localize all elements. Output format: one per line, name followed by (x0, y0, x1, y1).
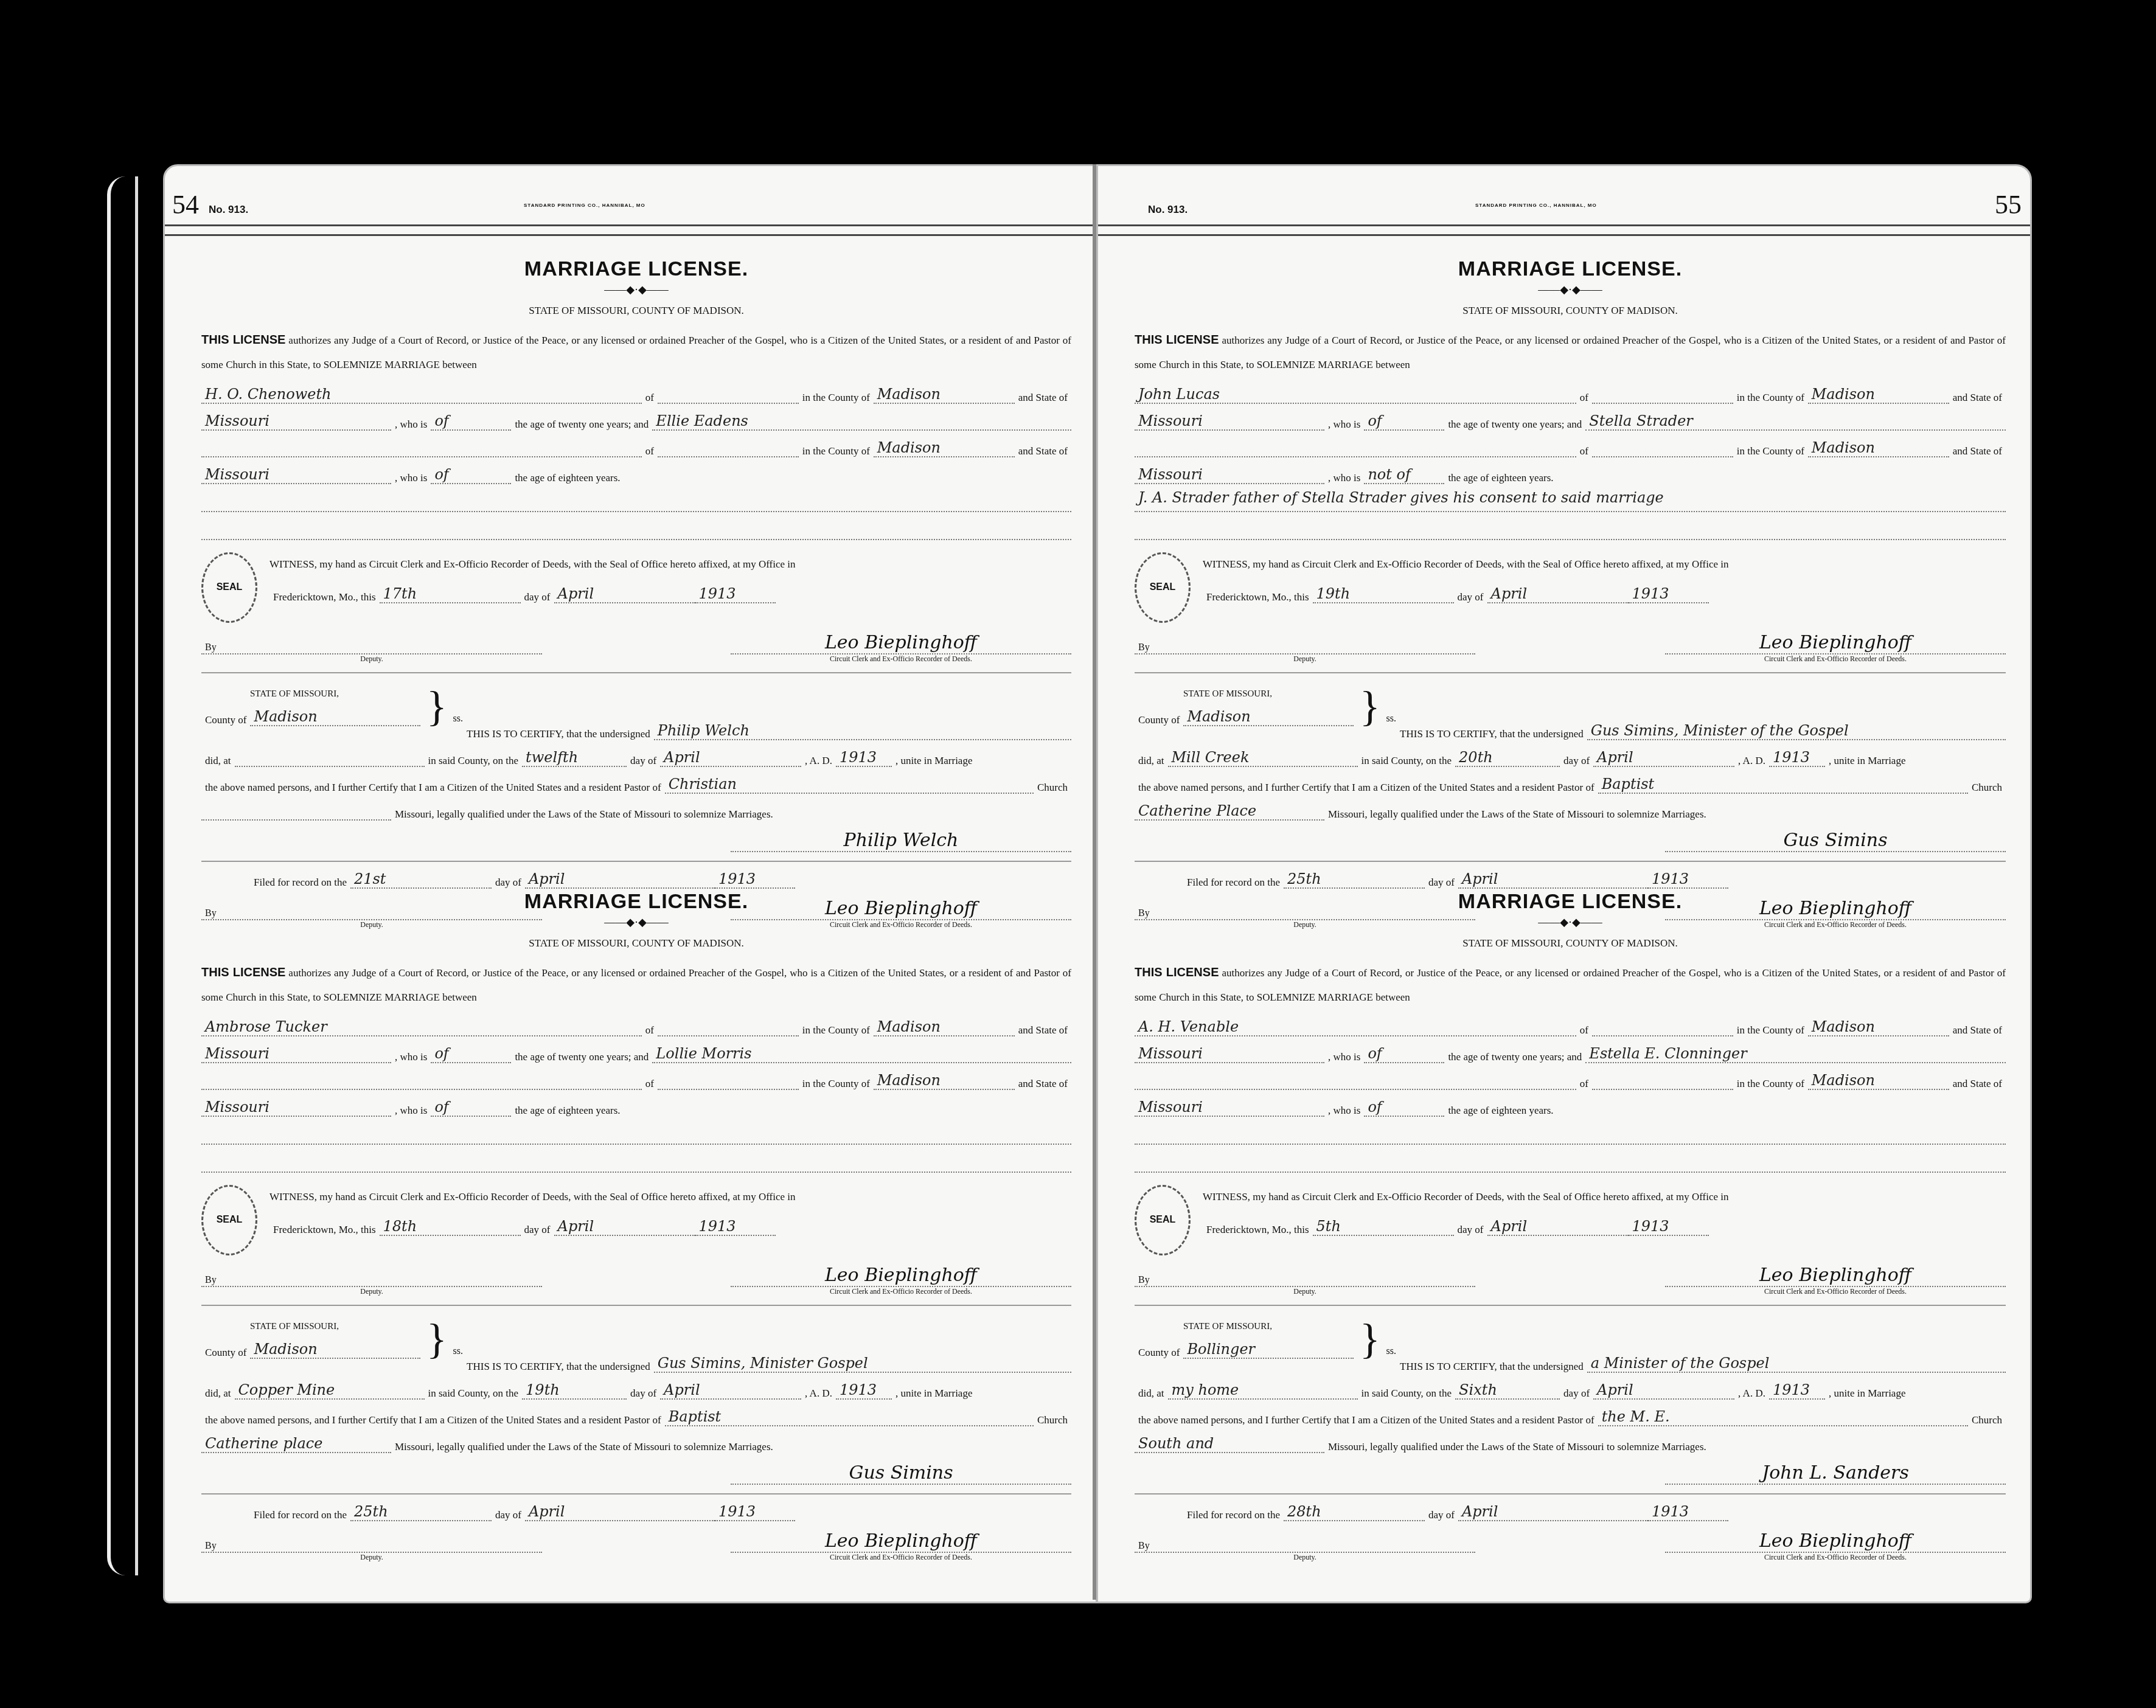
groom-state: Missouri (1135, 1045, 1324, 1063)
groom-county: Madison (1808, 386, 1949, 404)
groom-name: Ambrose Tucker (201, 1018, 642, 1036)
groom-county: Madison (874, 386, 1015, 404)
issued-day: 19th (1313, 585, 1454, 603)
filed-month: April (525, 870, 715, 889)
license-preamble: THIS LICENSE authorizes any Judge of a C… (1135, 328, 2006, 377)
groom-county: Madison (1808, 1018, 1949, 1036)
marriage-date-row: did, at my home in said County, on the S… (1135, 1373, 2006, 1400)
issue-signature-row: ByDeputy. Leo BieplinghoffCircuit Clerk … (1135, 627, 2006, 664)
title-ornament: ——◆·◆—— (201, 916, 1071, 929)
bride-county: Madison (874, 1072, 1015, 1090)
groom-county: Madison (874, 1018, 1015, 1036)
page-edges (107, 176, 138, 1575)
bride-row: of in the County of Madison and State of (1135, 1063, 2006, 1090)
groom-row: H. O. Chenoweth of in the County of Madi… (201, 377, 1071, 404)
certificate-block: STATE OF MISSOURI, County ofBollinger }s… (1135, 1322, 2006, 1373)
witness-text: WITNESS, my hand as Circuit Clerk and Ex… (1203, 1185, 2006, 1209)
bride-name: Estella E. Clonninger (1585, 1045, 2006, 1063)
certificate-block: STATE OF MISSOURI, County ofMadison }ss.… (201, 1322, 1071, 1373)
marriage-day: Sixth (1455, 1381, 1560, 1400)
filed-row: Filed for record on the 21st day of Apri… (201, 862, 1071, 889)
qualified-row: South and Missouri, legally qualified un… (1135, 1426, 2006, 1453)
blank-line (201, 517, 1071, 540)
bride-county: Madison (874, 439, 1015, 457)
groom-state: Missouri (1135, 412, 1324, 431)
marriage-license: MARRIAGE LICENSE. ——◆·◆—— STATE OF MISSO… (1135, 257, 2006, 929)
groom-age-row: Missouri , who is of the age of twenty o… (1135, 404, 2006, 431)
church-location (201, 819, 391, 821)
groom-age: of (1364, 1045, 1444, 1063)
page-right: 55 No. 913. STANDARD PRINTING CO., HANNI… (1096, 164, 2032, 1603)
qualified-row: Catherine Place Missouri, legally qualif… (1135, 794, 2006, 821)
bride-state: Missouri (1135, 1099, 1324, 1117)
consent-note (1135, 1122, 2006, 1145)
clerk-signature: Leo Bieplinghoff (731, 627, 1071, 654)
bride-state: Missouri (1135, 466, 1324, 484)
header-rule (1098, 234, 2030, 236)
officiant-name: Gus Simins, Minister of the Gospel (1587, 722, 2006, 740)
groom-name: John Lucas (1135, 386, 1576, 404)
license-title: MARRIAGE LICENSE. (201, 257, 1071, 281)
officiant-name: Philip Welch (654, 722, 1071, 740)
marriage-place (235, 766, 425, 767)
jurisdiction: STATE OF MISSOURI, COUNTY OF MADISON. (1135, 937, 2006, 949)
marriage-month: April (660, 1381, 801, 1400)
title-ornament: ——◆·◆—— (1135, 283, 2006, 296)
issued-month: April (1487, 585, 1629, 603)
groom-age: of (431, 412, 511, 431)
filed-day: 25th (1284, 870, 1425, 889)
bride-county: Madison (1808, 1072, 1949, 1090)
marriage-month: April (1593, 749, 1734, 767)
header-rule (1098, 224, 2030, 226)
bride-name: Stella Strader (1585, 412, 2006, 431)
cert-county: Madison (1183, 708, 1354, 726)
cert-county: Bollinger (1183, 1341, 1354, 1359)
cert-county: Madison (250, 1341, 420, 1359)
bride-name: Lollie Morris (652, 1045, 1071, 1063)
license-preamble: THIS LICENSE authorizes any Judge of a C… (201, 328, 1071, 377)
church-location: Catherine Place (1135, 802, 1324, 821)
pastor-row: the above named persons, and I further C… (201, 767, 1071, 794)
bride-age-row: Missouri , who is of the age of eighteen… (201, 457, 1071, 484)
bride-age: of (431, 466, 511, 484)
witness-text: WITNESS, my hand as Circuit Clerk and Ex… (1203, 552, 2006, 577)
blank-line (1135, 1150, 2006, 1173)
groom-row: John Lucas of in the County of Madison a… (1135, 377, 2006, 404)
ledger-spread: 54 No. 913. STANDARD PRINTING CO., HANNI… (116, 164, 2038, 1612)
bride-row: of in the County of Madison and State of (201, 1063, 1071, 1090)
issued-day: 17th (380, 585, 521, 603)
officiant-name: Gus Simins, Minister Gospel (654, 1355, 1071, 1373)
filed-row: Filed for record on the 28th day of Apri… (1135, 1494, 2006, 1521)
church-location: Catherine place (201, 1435, 391, 1453)
marriage-license: MARRIAGE LICENSE. ——◆·◆—— STATE OF MISSO… (201, 890, 1071, 1562)
marriage-year: 1913 (836, 1381, 892, 1400)
pastor-of: Baptist (665, 1408, 1034, 1426)
marriage-place: Mill Creek (1168, 749, 1358, 767)
issued-year: 1913 (1629, 1218, 1709, 1236)
filed-day: 21st (350, 870, 492, 889)
pastor-of: Baptist (1598, 776, 1968, 794)
recorder-signature: Leo Bieplinghoff (1665, 1525, 2006, 1553)
issued-year: 1913 (695, 585, 776, 603)
title-ornament: ——◆·◆—— (201, 283, 1071, 296)
issued-day: 5th (1313, 1218, 1454, 1236)
groom-row: A. H. Venable of in the County of Madiso… (1135, 1010, 2006, 1036)
issue-signature-row: ByDeputy. Leo BieplinghoffCircuit Clerk … (201, 627, 1071, 664)
pastor-row: the above named persons, and I further C… (201, 1400, 1071, 1426)
pastor-row: the above named persons, and I further C… (1135, 767, 2006, 794)
groom-name: A. H. Venable (1135, 1018, 1576, 1036)
marriage-date-row: did, at in said County, on the twelfth d… (201, 740, 1071, 767)
bride-age: of (431, 1099, 511, 1117)
issued-month: April (1487, 1218, 1629, 1236)
marriage-license: MARRIAGE LICENSE. ——◆·◆—— STATE OF MISSO… (201, 257, 1071, 929)
bride-county: Madison (1808, 439, 1949, 457)
qualified-row: Catherine place Missouri, legally qualif… (201, 1426, 1071, 1453)
title-ornament: ——◆·◆—— (1135, 916, 2006, 929)
groom-state: Missouri (201, 412, 391, 431)
groom-row: Ambrose Tucker of in the County of Madis… (201, 1010, 1071, 1036)
bride-age-row: Missouri , who is not of the age of eigh… (1135, 457, 2006, 484)
jurisdiction: STATE OF MISSOURI, COUNTY OF MADISON. (1135, 305, 2006, 317)
officiant-signature: Gus Simins (731, 1457, 1071, 1485)
issued-day: 18th (380, 1218, 521, 1236)
seal-icon: SEAL (201, 552, 257, 623)
header-rule (165, 224, 1096, 226)
filed-month: April (1458, 870, 1648, 889)
marriage-place: Copper Mine (235, 1381, 425, 1400)
groom-age: of (431, 1045, 511, 1063)
filed-row: Filed for record on the 25th day of Apri… (1135, 862, 2006, 889)
officiant-signature: Philip Welch (731, 824, 1071, 852)
certificate-block: STATE OF MISSOURI, County ofMadison }ss.… (1135, 689, 2006, 740)
issued-year: 1913 (695, 1218, 776, 1236)
issued-year: 1913 (1629, 585, 1709, 603)
clerk-signature: Leo Bieplinghoff (1665, 1259, 2006, 1287)
page-left: 54 No. 913. STANDARD PRINTING CO., HANNI… (163, 164, 1097, 1603)
marriage-place: my home (1168, 1381, 1358, 1400)
printer-imprint: STANDARD PRINTING CO., HANNIBAL, MO (1475, 203, 1597, 208)
page-number: 55 (1995, 189, 2022, 220)
marriage-date-row: did, at Copper Mine in said County, on t… (201, 1373, 1071, 1400)
witness-block: SEAL WITNESS, my hand as Circuit Clerk a… (201, 552, 1071, 623)
filed-signature-row: ByDeputy. Leo BieplinghoffCircuit Clerk … (1135, 1525, 2006, 1562)
filed-month: April (525, 1503, 715, 1521)
pastor-row: the above named persons, and I further C… (1135, 1400, 2006, 1426)
recorder-signature: Leo Bieplinghoff (731, 1525, 1071, 1553)
certificate-block: STATE OF MISSOURI, County ofMadison }ss.… (201, 689, 1071, 740)
marriage-day: 20th (1455, 749, 1560, 767)
filed-year: 1913 (715, 1503, 795, 1521)
blank-line (201, 1150, 1071, 1173)
issued-month: April (554, 585, 695, 603)
bride-age-row: Missouri , who is of the age of eighteen… (201, 1090, 1071, 1117)
page-number: 54 (172, 189, 199, 220)
form-number: No. 913. (209, 204, 248, 216)
printer-imprint: STANDARD PRINTING CO., HANNIBAL, MO (524, 203, 645, 208)
filed-year: 1913 (1648, 870, 1728, 889)
filed-row: Filed for record on the 25th day of Apri… (201, 1494, 1071, 1521)
groom-age-row: Missouri , who is of the age of twenty o… (1135, 1036, 2006, 1063)
consent-note (201, 1122, 1071, 1145)
witness-text: WITNESS, my hand as Circuit Clerk and Ex… (269, 552, 1071, 577)
seal-icon: SEAL (1135, 552, 1191, 623)
bride-row: of in the County of Madison and State of (1135, 431, 2006, 457)
filed-year: 1913 (1648, 1503, 1728, 1521)
marriage-license: MARRIAGE LICENSE. ——◆·◆—— STATE OF MISSO… (1135, 890, 2006, 1562)
witness-text: WITNESS, my hand as Circuit Clerk and Ex… (269, 1185, 1071, 1209)
groom-name: H. O. Chenoweth (201, 386, 642, 404)
license-preamble: THIS LICENSE authorizes any Judge of a C… (1135, 960, 2006, 1010)
filed-month: April (1458, 1503, 1648, 1521)
bride-row: of in the County of Madison and State of (201, 431, 1071, 457)
form-number: No. 913. (1148, 204, 1188, 216)
license-title: MARRIAGE LICENSE. (201, 890, 1071, 914)
license-title: MARRIAGE LICENSE. (1135, 257, 2006, 281)
pastor-of: the M. E. (1598, 1408, 1968, 1426)
issue-signature-row: ByDeputy. Leo BieplinghoffCircuit Clerk … (201, 1259, 1071, 1296)
officiant-name: a Minister of the Gospel (1587, 1355, 2006, 1373)
seal-icon: SEAL (1135, 1185, 1191, 1255)
consent-note (201, 489, 1071, 512)
groom-state: Missouri (201, 1045, 391, 1063)
officiant-signature: John L. Sanders (1665, 1457, 2006, 1485)
clerk-signature: Leo Bieplinghoff (731, 1259, 1071, 1287)
marriage-year: 1913 (1769, 1381, 1825, 1400)
bride-name: Ellie Eadens (652, 412, 1071, 431)
header-rule (165, 234, 1096, 236)
groom-age-row: Missouri , who is of the age of twenty o… (201, 404, 1071, 431)
witness-block: SEAL WITNESS, my hand as Circuit Clerk a… (1135, 552, 2006, 623)
witness-block: SEAL WITNESS, my hand as Circuit Clerk a… (201, 1185, 1071, 1255)
bride-age: of (1364, 1099, 1444, 1117)
issued-month: April (554, 1218, 695, 1236)
groom-age-row: Missouri , who is of the age of twenty o… (201, 1036, 1071, 1063)
witness-block: SEAL WITNESS, my hand as Circuit Clerk a… (1135, 1185, 2006, 1255)
marriage-month: April (660, 749, 801, 767)
marriage-year: 1913 (1769, 749, 1825, 767)
clerk-signature: Leo Bieplinghoff (1665, 627, 2006, 654)
filed-day: 28th (1284, 1503, 1425, 1521)
filed-day: 25th (350, 1503, 492, 1521)
pastor-of: Christian (665, 776, 1034, 794)
marriage-month: April (1593, 1381, 1734, 1400)
consent-note: J. A. Strader father of Stella Strader g… (1135, 489, 2006, 512)
filed-signature-row: ByDeputy. Leo BieplinghoffCircuit Clerk … (201, 1525, 1071, 1562)
church-location: South and (1135, 1435, 1324, 1453)
cert-county: Madison (250, 708, 420, 726)
bride-state: Missouri (201, 1099, 391, 1117)
marriage-day: twelfth (522, 749, 627, 767)
jurisdiction: STATE OF MISSOURI, COUNTY OF MADISON. (201, 305, 1071, 317)
license-title: MARRIAGE LICENSE. (1135, 890, 2006, 914)
blank-line (1135, 517, 2006, 540)
officiant-signature: Gus Simins (1665, 824, 2006, 852)
marriage-date-row: did, at Mill Creek in said County, on th… (1135, 740, 2006, 767)
qualified-row: Missouri, legally qualified under the La… (201, 794, 1071, 821)
marriage-year: 1913 (836, 749, 892, 767)
issue-signature-row: ByDeputy. Leo BieplinghoffCircuit Clerk … (1135, 1259, 2006, 1296)
seal-icon: SEAL (201, 1185, 257, 1255)
bride-state: Missouri (201, 466, 391, 484)
groom-age: of (1364, 412, 1444, 431)
license-preamble: THIS LICENSE authorizes any Judge of a C… (201, 960, 1071, 1010)
marriage-day: 19th (522, 1381, 627, 1400)
bride-age-row: Missouri , who is of the age of eighteen… (1135, 1090, 2006, 1117)
jurisdiction: STATE OF MISSOURI, COUNTY OF MADISON. (201, 937, 1071, 949)
bride-age: not of (1364, 466, 1444, 484)
filed-year: 1913 (715, 870, 795, 889)
